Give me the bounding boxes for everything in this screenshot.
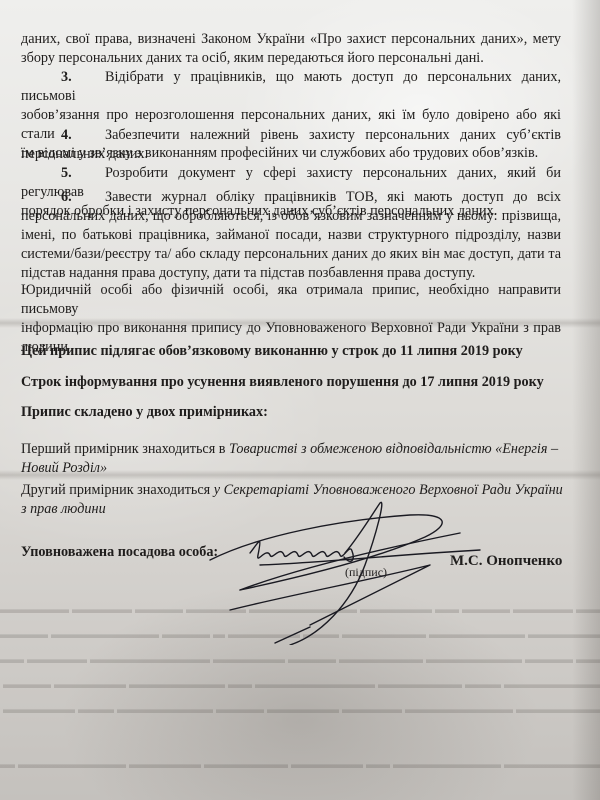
item-first-line: 3.Відібрати у працівників, що мають дост…: [21, 68, 561, 106]
bleed-through-text: ▬▬▬▬▬▬▬▬ ▬▬▬▬▬▬▬▬▬ ▬▬ ▬▬▬▬▬▬ ▬▬▬▬▬▬▬ ▬▬▬…: [0, 755, 600, 774]
top-paragraph: даних, свої права, визначені Законом Укр…: [21, 30, 561, 68]
text-line: інформацію про виконання припису до Упов…: [21, 319, 561, 338]
bleed-through-text: ▬▬▬▬▬▬▬ ▬▬▬▬▬▬▬▬▬ ▬▬▬▬▬ ▬▬▬▬▬▬ ▬▬▬▬ ▬▬▬▬…: [0, 700, 600, 719]
text-line: імені, по батькові працівника, займаної …: [21, 226, 561, 245]
item-first-line: 6.Завести журнал обліку працівників ТОВ,…: [21, 188, 561, 207]
text-line: даних, свої права, визначені Законом Укр…: [21, 30, 561, 49]
text-line: Юридичній особі або фізичній особі, яка …: [21, 281, 561, 319]
text-line: збору персональних даних та осіб, яким п…: [21, 49, 561, 68]
text-line: персональних даних, що обробляються, із …: [21, 207, 561, 226]
list-item-4: 4.Забезпечити належний рівень захисту пе…: [21, 126, 561, 164]
bleed-through-text: ▬▬▬▬▬▬▬▬ ▬▬▬ ▬▬▬▬▬▬▬ ▬▬▬▬▬▬▬▬▬▬ ▬▬ ▬▬▬▬▬…: [0, 675, 600, 694]
document-page: ▬▬ ▬▬▬▬▬ ▬▬▬▬ ▬▬ ▬▬▬▬▬▬ ▬▬▬▬▬▬▬▬▬ ▬▬▬▬▬ …: [0, 0, 600, 800]
bleed-through-text: ▬▬ ▬▬▬▬ ▬▬▬▬▬▬▬▬ ▬▬▬▬▬▬▬ ▬▬▬▬ ▬▬▬▬▬▬ ▬▬▬…: [0, 650, 600, 669]
signatory-name: М.С. Онопченко: [450, 552, 590, 571]
copies-heading: Припис складено у двох примірниках:: [21, 403, 561, 422]
item-first-line: 4.Забезпечити належний рівень захисту пе…: [21, 126, 561, 145]
text-line: персональних даних.: [21, 145, 561, 164]
item-number: 4.: [61, 126, 105, 145]
item-number: 6.: [61, 188, 105, 207]
list-item-6: 6.Завести журнал обліку працівників ТОВ,…: [21, 188, 561, 283]
deadline-execution: Цей припис підлягає обов’язковому викона…: [21, 342, 561, 361]
deadline-informing: Строк інформування про усунення виявлено…: [21, 373, 561, 392]
text-line: Перший примірник знаходиться в Товариств…: [21, 440, 561, 459]
signature-caption: (підпис): [345, 565, 387, 580]
item-number: 5.: [61, 164, 105, 183]
copy-one: Перший примірник знаходиться в Товариств…: [21, 440, 561, 478]
text-line: Новий Розділ»: [21, 459, 561, 478]
item-number: 3.: [61, 68, 105, 87]
text-line: системи/бази/реєстру та/ або складу перс…: [21, 245, 561, 264]
